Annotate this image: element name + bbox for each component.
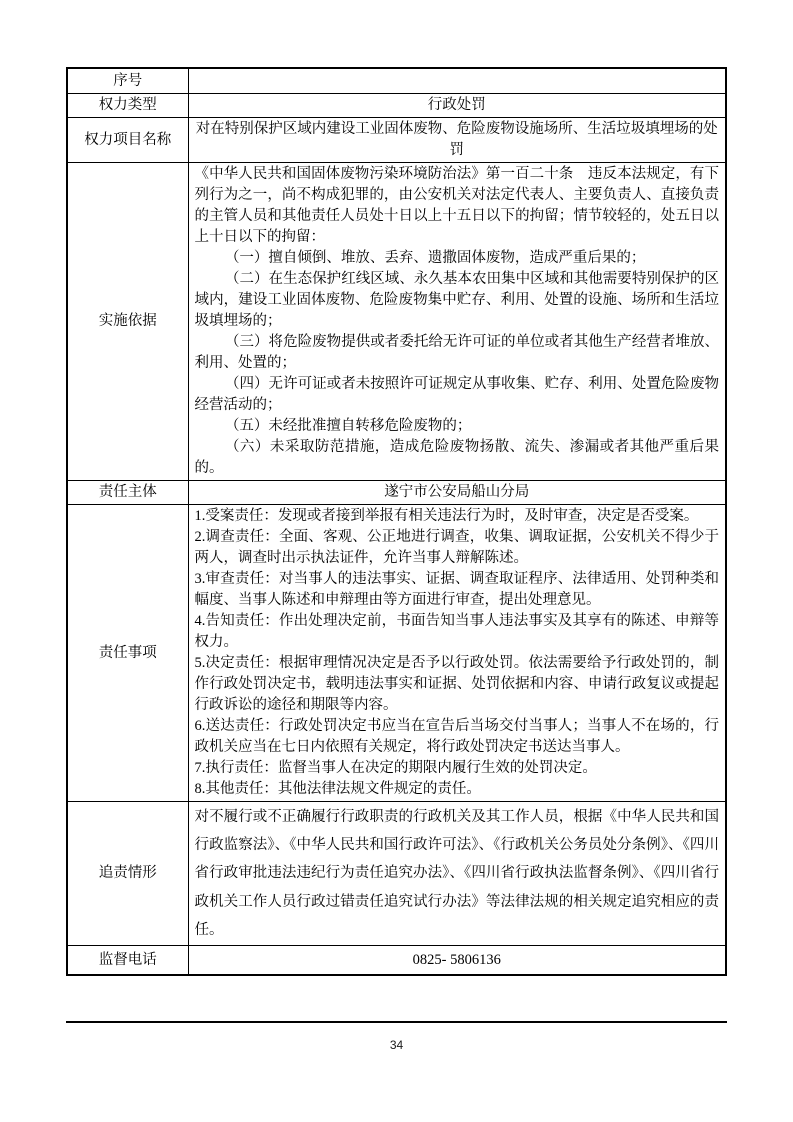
duty-item-4: 4.告知责任：作出处理决定前，书面告知当事人违法事实及其享有的陈述、申辩等权力。: [195, 611, 720, 653]
row-value-responsibility-items: 1.受案责任：发现或者接到举报有相关违法行为时，及时审查，决定是否受案。 2.调…: [188, 505, 726, 802]
row-label-responsible-entity: 责任主体: [67, 481, 188, 505]
duty-item-1: 1.受案责任：发现或者接到举报有相关违法行为时，及时审查，决定是否受案。: [195, 506, 720, 527]
table-row-power-item-name: 权力项目名称 对在特别保护区域内建设工业固体废物、危险废物设施场所、生活垃圾填埋…: [67, 118, 726, 163]
table-row-supervision-phone: 监督电话 0825- 5806136: [67, 946, 726, 976]
row-label-power-type: 权力类型: [67, 94, 188, 118]
duty-item-5: 5.决定责任：根据审理情况决定是否予以行政处罚。依法需要给予行政处罚的，制作行政…: [195, 653, 720, 716]
table-row-responsible-entity: 责任主体 遂宁市公安局船山分局: [67, 481, 726, 505]
footer-divider: [66, 1021, 727, 1023]
legal-clause-4: （四）无许可证或者未按照许可证规定从事收集、贮存、利用、处置危险废物经营活动的；: [195, 374, 720, 416]
legal-basis-intro: 《中华人民共和国固体废物污染环境防治法》第一百二十条 违反本法规定，有下列行为之…: [195, 164, 720, 248]
legal-clause-2: （二）在生态保护红线区域、永久基本农田集中区域和其他需要特别保护的区域内，建设工…: [195, 269, 720, 332]
row-label-accountability-circumstances: 追责情形: [67, 802, 188, 946]
legal-clause-5: （五）未经批准擅自转移危险废物的；: [195, 416, 720, 437]
duty-item-2: 2.调查责任：全面、客观、公正地进行调查，收集、调取证据，公安机关不得少于两人，…: [195, 527, 720, 569]
table-row-implementation-basis: 实施依据 《中华人民共和国固体废物污染环境防治法》第一百二十条 违反本法规定，有…: [67, 163, 726, 481]
row-value-power-item-name: 对在特别保护区域内建设工业固体废物、危险废物设施场所、生活垃圾填埋场的处罚: [188, 118, 726, 163]
row-label-serial-number: 序号: [67, 68, 188, 94]
row-value-implementation-basis: 《中华人民共和国固体废物污染环境防治法》第一百二十条 违反本法规定，有下列行为之…: [188, 163, 726, 481]
table-row-power-type: 权力类型 行政处罚: [67, 94, 726, 118]
row-value-serial-number: [188, 68, 726, 94]
duty-item-3: 3.审查责任：对当事人的违法事实、证据、调查取证程序、法律适用、处罚种类和幅度、…: [195, 569, 720, 611]
table-row-serial-number: 序号: [67, 68, 726, 94]
row-label-responsibility-items: 责任事项: [67, 505, 188, 802]
power-item-table: 序号 权力类型 行政处罚 权力项目名称 对在特别保护区域内建设工业固体废物、危险…: [66, 67, 727, 976]
legal-clause-3: （三）将危险废物提供或者委托给无许可证的单位或者其他生产经营者堆放、利用、处置的…: [195, 332, 720, 374]
row-value-responsible-entity: 遂宁市公安局船山分局: [188, 481, 726, 505]
row-label-power-item-name: 权力项目名称: [67, 118, 188, 163]
table-row-responsibility-items: 责任事项 1.受案责任：发现或者接到举报有相关违法行为时，及时审查，决定是否受案…: [67, 505, 726, 802]
row-value-power-type: 行政处罚: [188, 94, 726, 118]
row-label-implementation-basis: 实施依据: [67, 163, 188, 481]
duty-item-8: 8.其他责任：其他法律法规文件规定的责任。: [195, 779, 720, 800]
row-label-supervision-phone: 监督电话: [67, 946, 188, 976]
legal-clause-6: （六）未采取防范措施，造成危险废物扬散、流失、渗漏或者其他严重后果的。: [195, 437, 720, 479]
page-number: 34: [0, 1038, 793, 1052]
row-value-accountability-circumstances: 对不履行或不正确履行行政职责的行政机关及其工作人员，根据《中华人民共和国行政监察…: [188, 802, 726, 946]
row-value-supervision-phone: 0825- 5806136: [188, 946, 726, 976]
table-row-accountability-circumstances: 追责情形 对不履行或不正确履行行政职责的行政机关及其工作人员，根据《中华人民共和…: [67, 802, 726, 946]
document-page: 序号 权力类型 行政处罚 权力项目名称 对在特别保护区域内建设工业固体废物、危险…: [0, 0, 793, 1122]
duty-item-7: 7.执行责任：监督当事人在决定的期限内履行生效的处罚决定。: [195, 758, 720, 779]
legal-clause-1: （一）擅自倾倒、堆放、丢弃、遗撒固体废物，造成严重后果的；: [195, 248, 720, 269]
accountability-text: 对不履行或不正确履行行政职责的行政机关及其工作人员，根据《中华人民共和国行政监察…: [195, 803, 720, 944]
duty-item-6: 6.送达责任：行政处罚决定书应当在宣告后当场交付当事人；当事人不在场的，行政机关…: [195, 716, 720, 758]
